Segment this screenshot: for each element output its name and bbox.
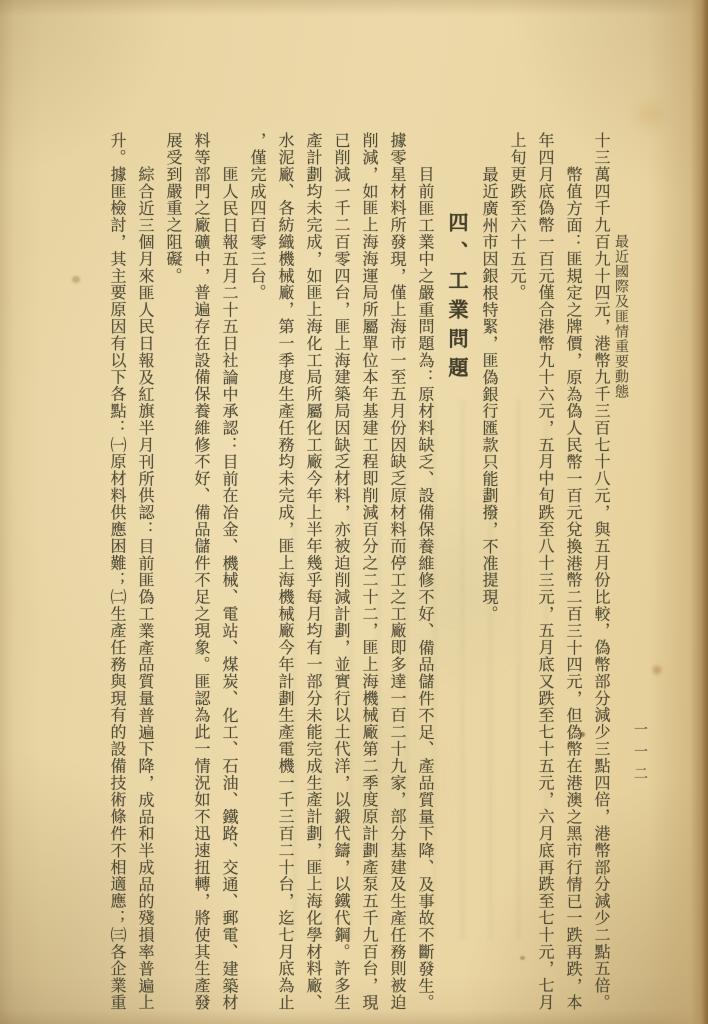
- text-column: 料等部門之廠礦中，普遍存在設備保養維修不好、備品儲件不足之現象。匪認為此一情況如…: [186, 132, 214, 1024]
- text-column: 最近廣州市因銀根特緊，匪偽銀行匯款只能劃撥，不准提現。: [474, 132, 502, 1024]
- section-heading: 四、工業問題: [438, 132, 474, 1024]
- text-column: 上旬更跌至六十五元。: [502, 132, 530, 1024]
- body-text: 十三萬四千九百九十四元，港幣九千三百七十八元，與五月份比較，偽幣部分減少三點四倍…: [94, 132, 614, 1024]
- paper-stain: [628, 96, 672, 132]
- document-page: 最近國際及匪情重要動態 一一二 十三萬四千九百九十四元，港幣九千三百七十八元，與…: [0, 0, 708, 1024]
- text-column: 產計劃均未完成，如匪上海化工局所屬化工廠今年上半年幾乎每月均有一部分未能完成生產…: [298, 132, 326, 1024]
- text-column: 綜合近三個月來匪人民日報及紅旗半月刊所供認：目前匪偽工業產品質量普遍下降，成品和…: [130, 132, 158, 1024]
- paper-stain: [650, 664, 664, 676]
- text-column: 十三萬四千九百九十四元，港幣九千三百七十八元，與五月份比較，偽幣部分減少三點四倍…: [586, 132, 614, 1024]
- text-column: 水泥廠、各紡織機械廠，第一季度生產任務均未完成，匪上海機械廠今年計劃生產電機一千…: [270, 132, 298, 1024]
- text-column: 據零星材料所發現，僅上海市一至五月份因缺乏原材料而停工之工廠即多達一百二十九家，…: [382, 132, 410, 1024]
- page-number: 一一二: [629, 722, 649, 788]
- text-column: 已削減一千二百零四台，匪上海建築局因缺乏材料，亦被迫削減計劃，並實行以土代洋，以…: [326, 132, 354, 1024]
- text-column: 匪人民日報五月二十五日社論中承認：目前在冶金、機械、電站、煤炭、化工、石油、鐵路…: [214, 132, 242, 1024]
- text-column: 目前匪工業中之嚴重問題為：原材料缺乏、設備保養維修不好、備品儲件不足、產品質量下…: [410, 132, 438, 1024]
- paper-stain: [72, 276, 80, 283]
- text-column: 削減，如匪上海海運局所屬單位本年基建工程即削減百分之二十二，匪上海機械廠第二季度…: [354, 132, 382, 1024]
- text-column: 展受到嚴重之阻礙。: [158, 132, 186, 1024]
- text-column: 升。據匪檢討，其主要原因有以下各點：㈠原材料供應困難；㈡生產任務與現有的設備技術…: [102, 132, 130, 1024]
- text-column: 幣值方面：匪規定之牌價，原為偽人民幣一百元兌換港幣二百三十四元，但偽幣在港澳之黑…: [558, 132, 586, 1024]
- text-column: ，僅完成四百零三台。: [242, 132, 270, 1024]
- text-column: 年四月底偽幣一百元僅合港幣九十六元，五月中旬跌至八十三元，五月底又跌至七十五元，…: [530, 132, 558, 1024]
